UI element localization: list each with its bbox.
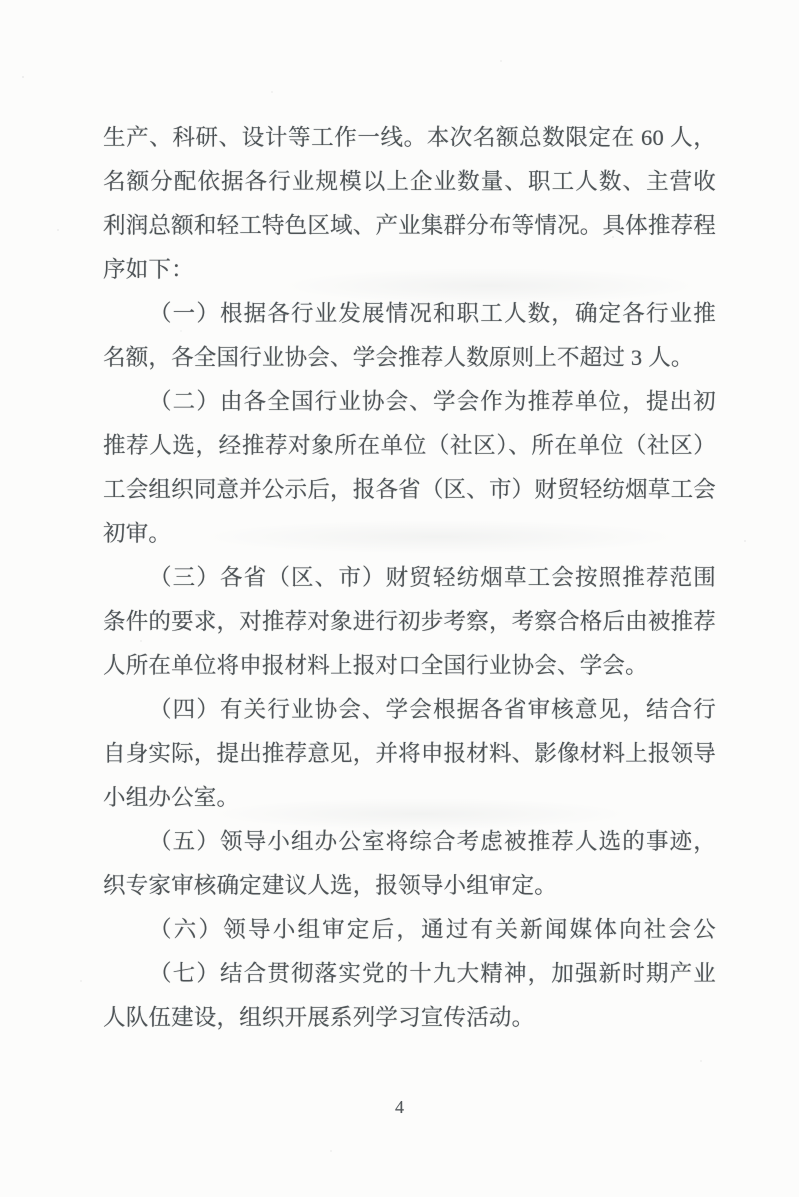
text-line: 人所在单位将申报材料上报对口全国行业协会、学会。 (103, 644, 716, 688)
text-line: 名额，各全国行业协会、学会推荐人数原则上不超过 3 人。 (103, 336, 716, 380)
text-line: 序如下： (103, 248, 716, 292)
text-line: 推荐人选，经推荐对象所在单位（社区）、所在单位（社区） (103, 424, 716, 468)
paragraph: （六）领导小组审定后，通过有关新闻媒体向社会公示。 (103, 908, 716, 952)
text-line: 名额分配依据各行业规模以上企业数量、职工人数、主营收入、 (103, 160, 716, 204)
text-line: 生产、科研、设计等工作一线。本次名额总数限定在 60 人， (103, 116, 716, 160)
paragraph: 生产、科研、设计等工作一线。本次名额总数限定在 60 人，名额分配依据各行业规模… (103, 116, 716, 292)
paragraph: （一）根据各行业发展情况和职工人数，确定各行业推荐名额，各全国行业协会、学会推荐… (103, 292, 716, 380)
paragraph: （三）各省（区、市）财贸轻纺烟草工会按照推荐范围和条件的要求，对推荐对象进行初步… (103, 556, 716, 688)
text-line: 条件的要求，对推荐对象进行初步考察，考察合格后由被推荐 (103, 600, 716, 644)
scanned-document-page: 生产、科研、设计等工作一线。本次名额总数限定在 60 人，名额分配依据各行业规模… (0, 0, 799, 1197)
paragraph: （七）结合贯彻落实党的十九大精神，加强新时期产业工人队伍建设，组织开展系列学习宣… (103, 952, 716, 1040)
text-line: 利润总额和轻工特色区域、产业集群分布等情况。具体推荐程 (103, 204, 716, 248)
text-line: （四）有关行业协会、学会根据各省审核意见，结合行业 (103, 688, 716, 732)
text-line: 小组办公室。 (103, 776, 716, 820)
text-line: （二）由各全国行业协会、学会作为推荐单位，提出初步 (103, 380, 716, 424)
paragraph: （四）有关行业协会、学会根据各省审核意见，结合行业自身实际，提出推荐意见，并将申… (103, 688, 716, 820)
text-line: 人队伍建设，组织开展系列学习宣传活动。 (103, 996, 716, 1040)
text-line: （三）各省（区、市）财贸轻纺烟草工会按照推荐范围和 (103, 556, 716, 600)
text-line: 织专家审核确定建议人选，报领导小组审定。 (103, 864, 716, 908)
text-line: （一）根据各行业发展情况和职工人数，确定各行业推荐 (103, 292, 716, 336)
text-line: 自身实际，提出推荐意见，并将申报材料、影像材料上报领导 (103, 732, 716, 776)
text-line: 工会组织同意并公示后，报各省（区、市）财贸轻纺烟草工会 (103, 468, 716, 512)
paragraph: （二）由各全国行业协会、学会作为推荐单位，提出初步推荐人选，经推荐对象所在单位（… (103, 380, 716, 556)
document-body: 生产、科研、设计等工作一线。本次名额总数限定在 60 人，名额分配依据各行业规模… (103, 116, 716, 1040)
text-line: 初审。 (103, 512, 716, 556)
text-line: （六）领导小组审定后，通过有关新闻媒体向社会公示。 (103, 908, 716, 952)
paragraph: （五）领导小组办公室将综合考虑被推荐人选的事迹，组织专家审核确定建议人选，报领导… (103, 820, 716, 908)
scan-noise (0, 0, 2, 2)
text-line: （五）领导小组办公室将综合考虑被推荐人选的事迹，组 (103, 820, 716, 864)
page-number: 4 (0, 1094, 799, 1120)
text-line: （七）结合贯彻落实党的十九大精神，加强新时期产业工 (103, 952, 716, 996)
